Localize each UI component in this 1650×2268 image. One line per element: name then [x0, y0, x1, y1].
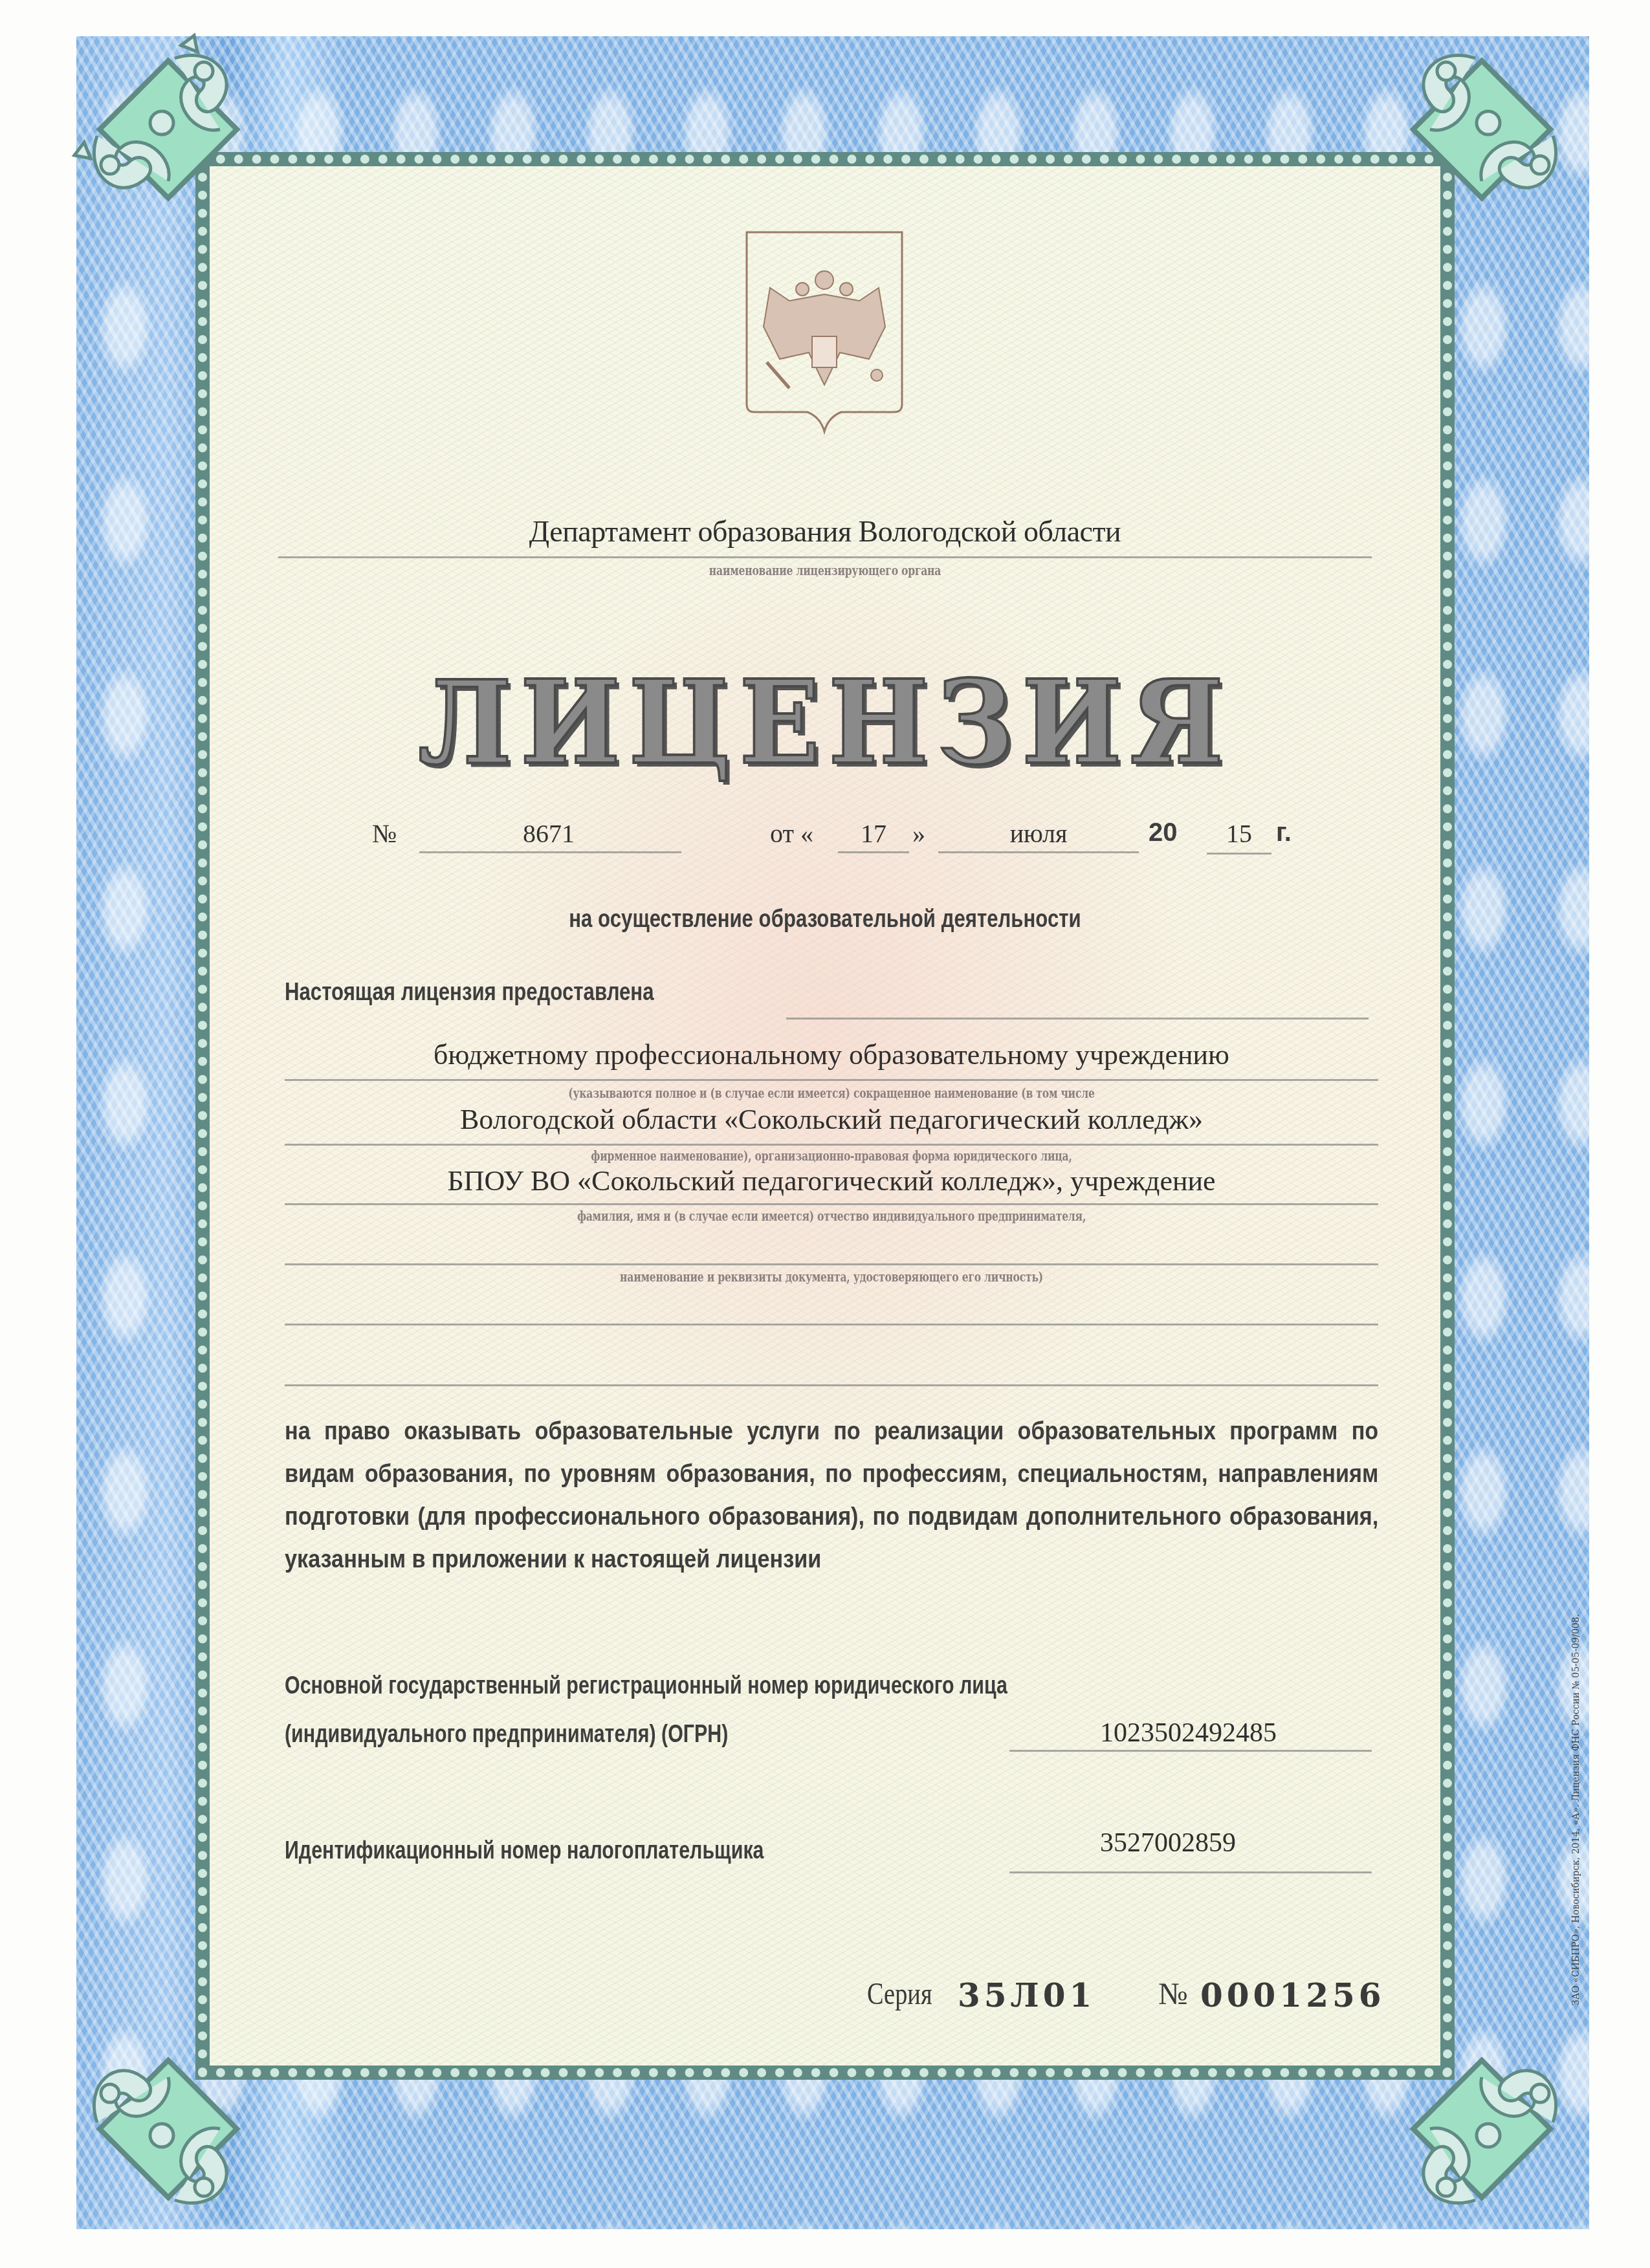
- licensee-line-3: БПОУ ВО «Сокольский педагогический колле…: [285, 1164, 1378, 1197]
- corner-ornament-icon: [1372, 2019, 1585, 2232]
- inn-value: 3527002859: [1100, 1827, 1236, 1859]
- document-title: ЛИЦЕНЗИЯ: [412, 655, 1239, 790]
- caption-2: фирменное наименование), организационно-…: [395, 1148, 1268, 1164]
- inn-label: Идентификационный номер налогоплательщик…: [285, 1837, 764, 1865]
- blank-line-2: [285, 1324, 1378, 1325]
- number-underline: [419, 851, 681, 853]
- series-value: 35Л01: [958, 1976, 1095, 2014]
- licensee-line-2: Вологодской области «Сокольский педагоги…: [285, 1103, 1378, 1136]
- date-close-quote: »: [912, 818, 925, 849]
- date-year-prefix: 20: [1149, 818, 1178, 847]
- inn-underline: [1009, 1871, 1372, 1873]
- license-number: 8671: [419, 818, 678, 849]
- year-underline: [1207, 853, 1271, 855]
- date-year-label: г.: [1276, 818, 1292, 847]
- date-day: 17: [838, 818, 909, 849]
- granted-underline: [786, 1018, 1369, 1020]
- date-year-suffix: 15: [1207, 818, 1271, 849]
- corner-ornament-icon: [65, 26, 278, 239]
- blank-line-1: [285, 1263, 1378, 1265]
- licensee-line-1-rule: [285, 1079, 1378, 1081]
- caption-4: наименование и реквизиты документа, удос…: [395, 1269, 1268, 1285]
- issuer-caption: наименование лицензирующего органа: [535, 563, 1116, 578]
- corner-ornament-icon: [1372, 26, 1585, 239]
- date-month: июля: [938, 818, 1139, 849]
- caption-3: фамилия, имя и (в случае если имеется) о…: [395, 1208, 1268, 1224]
- corner-ornament-icon: [65, 2019, 278, 2232]
- month-underline: [938, 851, 1139, 853]
- blank-line-3: [285, 1384, 1378, 1386]
- ogrn-underline: [1009, 1750, 1372, 1752]
- issuer-name: Департамент образования Вологодской обла…: [285, 514, 1365, 549]
- blank-number-value: 0001256: [1200, 1976, 1385, 2014]
- rights-paragraph: на право оказывать образовательные услуг…: [285, 1410, 1378, 1581]
- licensee-line-2-rule: [285, 1144, 1378, 1146]
- series-label: Серия: [867, 1976, 932, 2012]
- printer-imprint: ЗАО «СИБПРО», Новосибирск, 2014, «А». Ли…: [1571, 1614, 1581, 2005]
- ogrn-value: 1023502492485: [1100, 1717, 1277, 1749]
- number-label: №: [372, 818, 397, 849]
- caption-1: (указываются полное и (в случае если име…: [395, 1085, 1268, 1101]
- russian-coat-of-arms-icon: [744, 230, 905, 435]
- ogrn-label-line-1: Основной государственный регистрационный…: [285, 1672, 1007, 1700]
- issuer-underline: [278, 556, 1372, 558]
- blank-number-label: №: [1158, 1976, 1188, 2012]
- license-subject: на осуществление образовательной деятель…: [382, 906, 1268, 933]
- licensee-line-3-rule: [285, 1203, 1378, 1205]
- licensee-line-1: бюджетному профессиональному образовател…: [285, 1038, 1378, 1071]
- granted-label: Настоящая лицензия предоставлена: [285, 979, 654, 1007]
- day-underline: [838, 851, 909, 853]
- ogrn-label-line-2: (индивидуального предпринимателя) (ОГРН): [285, 1721, 728, 1749]
- date-from-label: от «: [770, 818, 813, 849]
